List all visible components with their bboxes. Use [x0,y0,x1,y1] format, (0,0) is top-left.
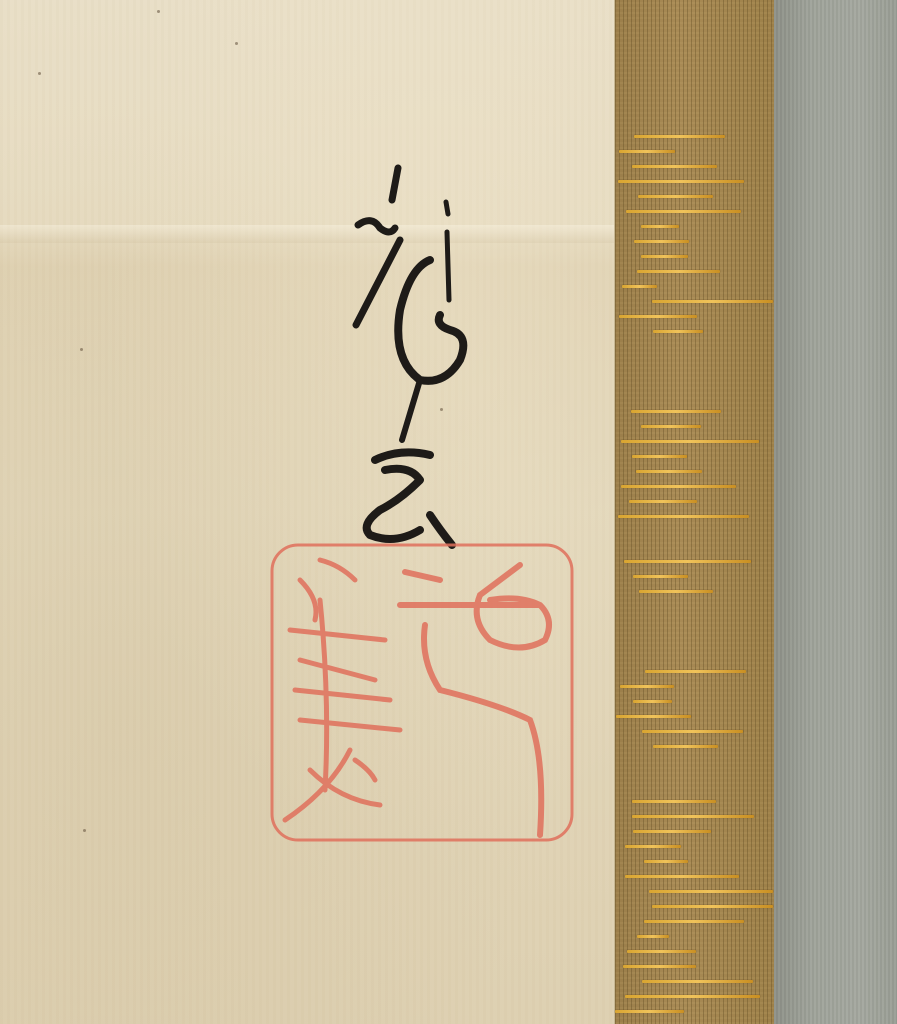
red-seal [0,0,897,1024]
